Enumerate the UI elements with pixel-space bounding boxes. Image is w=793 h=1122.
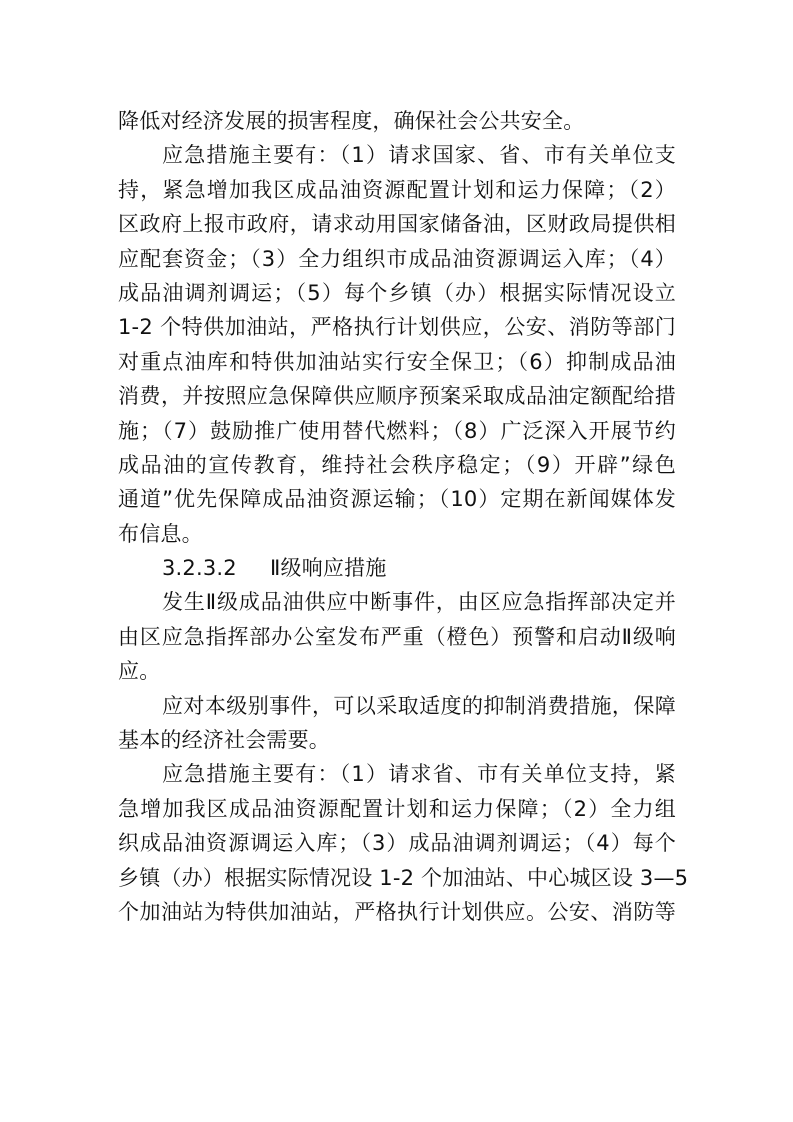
paragraph-intro-tail: 降低对经济发展的损害程度，确保社会公共安全。	[118, 104, 676, 138]
text-line: 施；（7）鼓励推广使用替代燃料；（8）广泛深入开展节约	[118, 414, 676, 448]
text-line: 由区应急指挥部办公室发布严重（橙色）预警和启动Ⅱ级响	[118, 620, 676, 654]
paragraph-level2-measures: 应急措施主要有：（1）请求省、市有关单位支持，紧 急增加我区成品油资源配置计划和…	[118, 757, 676, 929]
paragraph-level2-policy: 应对本级别事件，可以采取适度的抑制消费措施，保障 基本的经济社会需要。	[118, 689, 676, 758]
paragraph-level1-measures: 应急措施主要有：（1）请求国家、省、市有关单位支 持，紧急增加我区成品油资源配置…	[118, 138, 676, 551]
document-page: 降低对经济发展的损害程度，确保社会公共安全。 应急措施主要有：（1）请求国家、省…	[118, 104, 676, 929]
text-line: 成品油的宣传教育，维持社会秩序稳定；（9）开辟”绿色	[118, 448, 676, 482]
text-line: 对重点油库和特供加油站实行安全保卫；（6）抑制成品油	[118, 345, 676, 379]
text-line: 降低对经济发展的损害程度，确保社会公共安全。	[118, 104, 676, 138]
text-line: 应急措施主要有：（1）请求省、市有关单位支持，紧	[118, 757, 676, 791]
section-title: Ⅱ级响应措施	[270, 556, 387, 580]
text-line: 织成品油资源调运入库；（3）成品油调剂调运；（4）每个	[118, 826, 676, 860]
text-line: 区政府上报市政府，请求动用国家储备油，区财政局提供相	[118, 207, 676, 241]
section-heading: 3.2.3.2Ⅱ级响应措施	[118, 551, 676, 585]
text-line: 个加油站为特供加油站，严格执行计划供应。公安、消防等	[118, 895, 676, 929]
text-line: 持，紧急增加我区成品油资源配置计划和运力保障；（2）	[118, 173, 676, 207]
text-line: 应急措施主要有：（1）请求国家、省、市有关单位支	[118, 138, 676, 172]
text-line: 通道”优先保障成品油资源运输；（10）定期在新闻媒体发	[118, 482, 676, 516]
text-line: 急增加我区成品油资源配置计划和运力保障；（2）全力组	[118, 792, 676, 826]
text-line: 应配套资金；（3）全力组织市成品油资源调运入库；（4）	[118, 242, 676, 276]
text-line: 1-2 个特供加油站，严格执行计划供应，公安、消防等部门	[118, 310, 676, 344]
text-line: 成品油调剂调运；（5）每个乡镇（办）根据实际情况设立	[118, 276, 676, 310]
text-line: 应。	[118, 654, 676, 688]
section-number: 3.2.3.2	[162, 551, 270, 585]
text-line: 基本的经济社会需要。	[118, 723, 676, 757]
text-line: 发生Ⅱ级成品油供应中断事件，由区应急指挥部决定并	[118, 585, 676, 619]
text-line: 消费，并按照应急保障供应顺序预案采取成品油定额配给措	[118, 379, 676, 413]
text-line: 乡镇（办）根据实际情况设 1-2 个加油站、中心城区设 3—5	[118, 861, 676, 895]
paragraph-level2-trigger: 发生Ⅱ级成品油供应中断事件，由区应急指挥部决定并 由区应急指挥部办公室发布严重（…	[118, 585, 676, 688]
text-line: 布信息。	[118, 517, 676, 551]
text-line: 应对本级别事件，可以采取适度的抑制消费措施，保障	[118, 689, 676, 723]
